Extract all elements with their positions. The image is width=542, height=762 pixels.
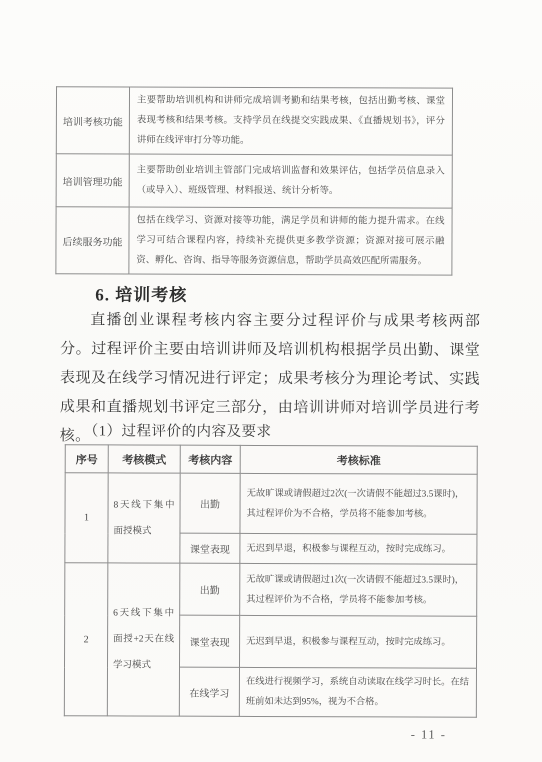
feature-description: 主要帮助培训机构和讲师完成培训考勤和结果考核，包括出勤考核、课堂表现考核和结果考…	[129, 87, 452, 155]
assessment-item: 在线学习	[179, 667, 239, 716]
feature-table-row: 培训管理功能 主要帮助创业培训主管部门完成培训监督和效果评估，包括学员信息录入（…	[56, 154, 452, 208]
column-header-content: 考核内容	[180, 445, 240, 473]
feature-description: 包括在线学习、资源对接等功能，满足学员和讲师的能力提升需求。在线学习可结合课程内…	[129, 207, 452, 275]
feature-table-row: 后续服务功能 包括在线学习、资源对接等功能，满足学员和讲师的能力提升需求。在线学…	[56, 207, 452, 275]
assessment-item: 课堂表现	[180, 615, 240, 667]
section-heading: 6. 培训考核	[95, 280, 187, 305]
column-header-mode: 考核模式	[108, 445, 180, 473]
feature-table: 培训考核功能 主要帮助培训机构和讲师完成培训考勤和结果考核，包括出勤考核、课堂表…	[55, 86, 453, 275]
assessment-item: 出勤	[180, 563, 240, 615]
feature-name: 培训考核功能	[56, 87, 129, 154]
assessment-standard: 无迟到早退，积极参与课程互动，按时完成练习。	[240, 533, 477, 564]
column-header-standard: 考核标准	[240, 445, 477, 474]
column-header-index: 序号	[65, 445, 108, 473]
assessment-mode: 8天线下集中面授模式	[108, 473, 180, 563]
assessment-table-header-row: 序号 考核模式 考核内容 考核标准	[65, 445, 477, 474]
document-page: 培训考核功能 主要帮助培训机构和讲师完成培训考勤和结果考核，包括出勤考核、课堂表…	[0, 0, 542, 762]
assessment-row: 2 6天线下集中面授+2天在线学习模式 出勤 无故旷课或请假超过1次(一次请假不…	[65, 563, 477, 616]
assessment-mode: 6天线下集中面授+2天在线学习模式	[107, 563, 180, 716]
assessment-standard: 在线进行视频学习，系统自动读取在线学习时长。在结 班前如未达到95%，视为不合格…	[239, 667, 476, 717]
feature-table-row: 培训考核功能 主要帮助培训机构和讲师完成培训考勤和结果考核，包括出勤考核、课堂表…	[56, 87, 452, 155]
feature-name: 培训管理功能	[56, 154, 129, 207]
assessment-item: 出勤	[180, 473, 240, 533]
assessment-row: 1 8天线下集中面授模式 出勤 无故旷课或请假超过2次(一次请假不能超过3.5课…	[65, 473, 477, 534]
group-index: 1	[65, 473, 108, 563]
assessment-standard: 无迟到早退，积极参与课程互动，按时完成练习。	[240, 615, 477, 668]
assessment-standard: 无故旷课或请假超过2次(一次请假不能超过3.5课时)， 其过程评价为不合格，学员…	[240, 473, 477, 534]
feature-description: 主要帮助创业培训主管部门完成培训监督和效果评估，包括学员信息录入（或导入）、班级…	[129, 154, 452, 208]
subsection-heading: （1）过程评价的内容及要求	[84, 419, 272, 441]
assessment-table: 序号 考核模式 考核内容 考核标准 1 8天线下集中面授模式 出勤 无故旷课或请…	[64, 444, 478, 717]
page-number: - 11 -	[411, 727, 447, 742]
assessment-item: 课堂表现	[180, 533, 240, 563]
assessment-standard: 无故旷课或请假超过1次(一次请假不能超过3.5课时)， 其过程评价为不合格，学员…	[240, 563, 477, 616]
feature-name: 后续服务功能	[56, 207, 129, 274]
group-index: 2	[64, 563, 108, 716]
